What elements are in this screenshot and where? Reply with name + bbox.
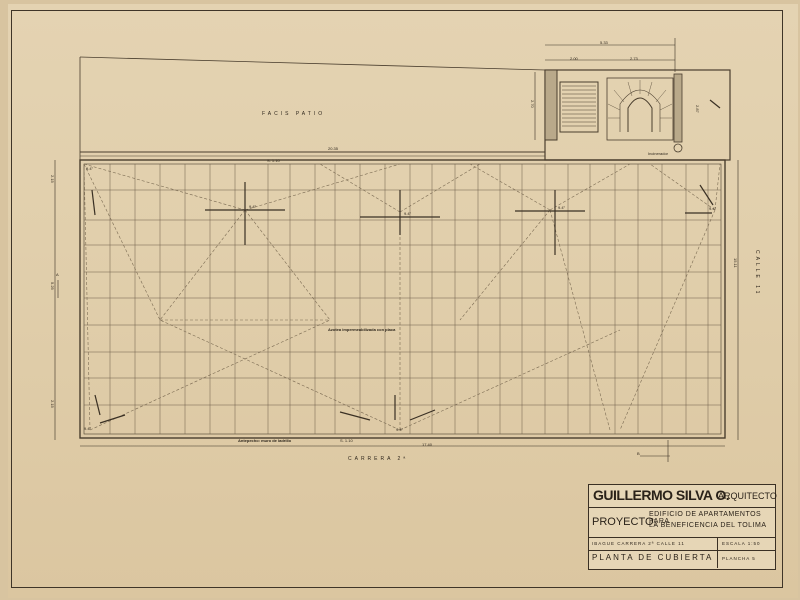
project-row: PROYECTO: EDIFICIO DE APARTAMENTOS PARA … [589, 507, 775, 538]
dim-lower-length: 17.40 [422, 442, 432, 447]
section-marker-b: B [637, 451, 640, 456]
street-carrera-label: CARRERA 2ª [348, 456, 408, 462]
incinerator-label: Incinerador [648, 151, 668, 156]
roof-note: Azotea impermeabilizada con placa [328, 327, 395, 332]
sheet-number: PLANCHA 5 [722, 556, 756, 561]
location-row: IBAGUE CARRERA 2ª CALLE 11 ESCALA 1:50 [589, 537, 775, 551]
location: IBAGUE CARRERA 2ª CALLE 11 [592, 541, 685, 546]
dim-top-left: 2.00 [570, 56, 578, 61]
project-label: PROYECTO: [592, 516, 657, 528]
sheet-row: PLANTA DE CUBIERTA PLANCHA 5 [589, 550, 775, 568]
dim-slope-top: S. 1.10 [267, 158, 280, 163]
project-line-2: LA BENEFICENCIA DEL TOLIMA [649, 522, 767, 529]
level-mark: 9.4° [709, 206, 716, 211]
architect-row: GUILLERMO SILVA O. ARQUITECTO [589, 485, 775, 508]
dim-top-total: 5.33 [600, 40, 608, 45]
scale: ESCALA 1:50 [722, 541, 761, 546]
dim-left-mid: 5.25 [50, 282, 55, 290]
level-mark: 9.4° [86, 166, 93, 171]
street-calle-label: CALLE 11 [754, 250, 760, 296]
dim-right-side: 15.11 [733, 258, 738, 268]
dim-right-top: 2.87 [695, 105, 700, 113]
dim-left-top: 2.15 [50, 175, 55, 183]
dim-left-bottom: 2.15 [50, 400, 55, 408]
level-mark: 9.4° [249, 204, 256, 209]
patio-label: FACIS PATIO [262, 111, 325, 117]
level-mark: 9.4° [558, 205, 565, 210]
dim-patio-height: 2.70 [530, 100, 535, 108]
level-mark: 9.4° [396, 427, 403, 432]
architect-role: ARQUITECTO [718, 491, 777, 501]
level-mark: 9.4° [404, 211, 411, 216]
section-marker-a: A [56, 272, 59, 277]
sheet-title: PLANTA DE CUBIERTA [592, 553, 713, 562]
level-mark: 9.4° [84, 426, 91, 431]
dim-top-right: 2.73 [630, 56, 638, 61]
title-block: GUILLERMO SILVA O. ARQUITECTO PROYECTO: … [588, 484, 776, 570]
dim-slope-bottom: S. 1.10 [340, 438, 353, 443]
dim-upper-length: 20.35 [328, 146, 338, 151]
bottom-note: Antepecho: muro de ladrillo [238, 438, 291, 443]
architect-name: GUILLERMO SILVA O. [593, 487, 729, 503]
